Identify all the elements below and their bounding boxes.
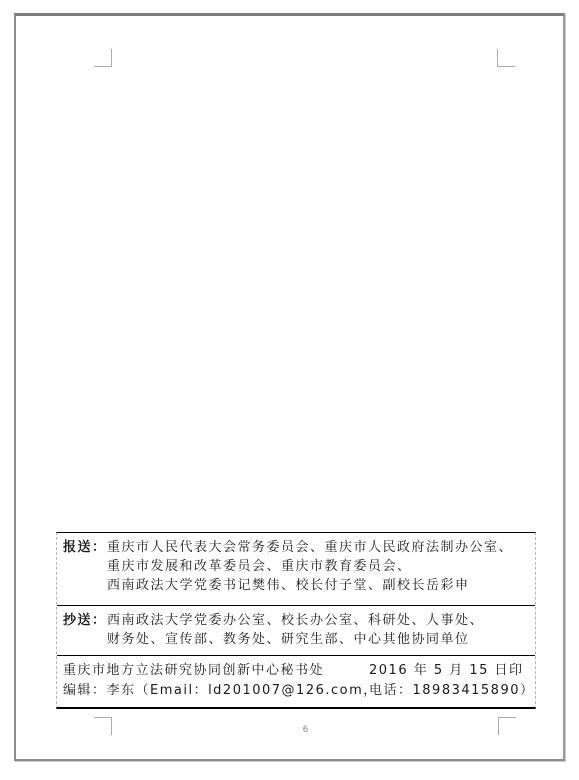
text-boundary-mark-top-right: [497, 49, 515, 67]
print-date: 2016 年 5 月 15 日印: [369, 661, 534, 681]
copy-to-row: 抄送： 西南政法大学党委办公室、校长办公室、科研处、人事处、 财务处、宣传部、教…: [57, 606, 535, 656]
send-to-line-3: 西南政法大学党委书记樊伟、校长付子堂、副校长岳彩申: [107, 576, 531, 595]
copy-to-line-1: 西南政法大学党委办公室、校长办公室、科研处、人事处、: [107, 611, 531, 630]
distribution-table: 报送： 重庆市人民代表大会常务委员会、重庆市人民政府法制办公室、 重庆市发展和改…: [56, 532, 536, 709]
issuer-columns: 重庆市地方立法研究协同创新中心秘书处 编辑：李东（Email：ld201007@…: [63, 661, 531, 701]
phone-line: 电话：18983415890）: [369, 681, 534, 701]
document-canvas: 报送： 重庆市人民代表大会常务委员会、重庆市人民政府法制办公室、 重庆市发展和改…: [0, 0, 579, 780]
editor-line: 编辑：李东（Email：ld201007@126.com，: [63, 681, 369, 701]
copy-to-line-2: 财务处、宣传部、教务处、研究生部、中心其他协同单位: [107, 630, 531, 649]
issuer-row: 重庆市地方立法研究协同创新中心秘书处 编辑：李东（Email：ld201007@…: [57, 656, 535, 707]
copy-to-label: 抄送：: [63, 611, 107, 630]
issuer-name: 重庆市地方立法研究协同创新中心秘书处: [63, 661, 369, 681]
send-to-line-2: 重庆市发展和改革委员会、重庆市教育委员会、: [107, 557, 531, 576]
send-to-label: 报送：: [63, 538, 107, 557]
text-boundary-mark-top-left: [94, 49, 112, 67]
document-page: 报送： 重庆市人民代表大会常务委员会、重庆市人民政府法制办公室、 重庆市发展和改…: [14, 13, 565, 761]
copy-to-recipients: 西南政法大学党委办公室、校长办公室、科研处、人事处、 财务处、宣传部、教务处、研…: [107, 611, 531, 649]
page-number: 6: [16, 725, 579, 735]
issuer-right-column: 2016 年 5 月 15 日印 电话：18983415890）: [369, 661, 534, 701]
send-to-row: 报送： 重庆市人民代表大会常务委员会、重庆市人民政府法制办公室、 重庆市发展和改…: [57, 533, 535, 606]
send-to-recipients: 重庆市人民代表大会常务委员会、重庆市人民政府法制办公室、 重庆市发展和改革委员会…: [107, 538, 531, 595]
issuer-left-column: 重庆市地方立法研究协同创新中心秘书处 编辑：李东（Email：ld201007@…: [63, 661, 369, 701]
send-to-line-1: 重庆市人民代表大会常务委员会、重庆市人民政府法制办公室、: [107, 538, 531, 557]
